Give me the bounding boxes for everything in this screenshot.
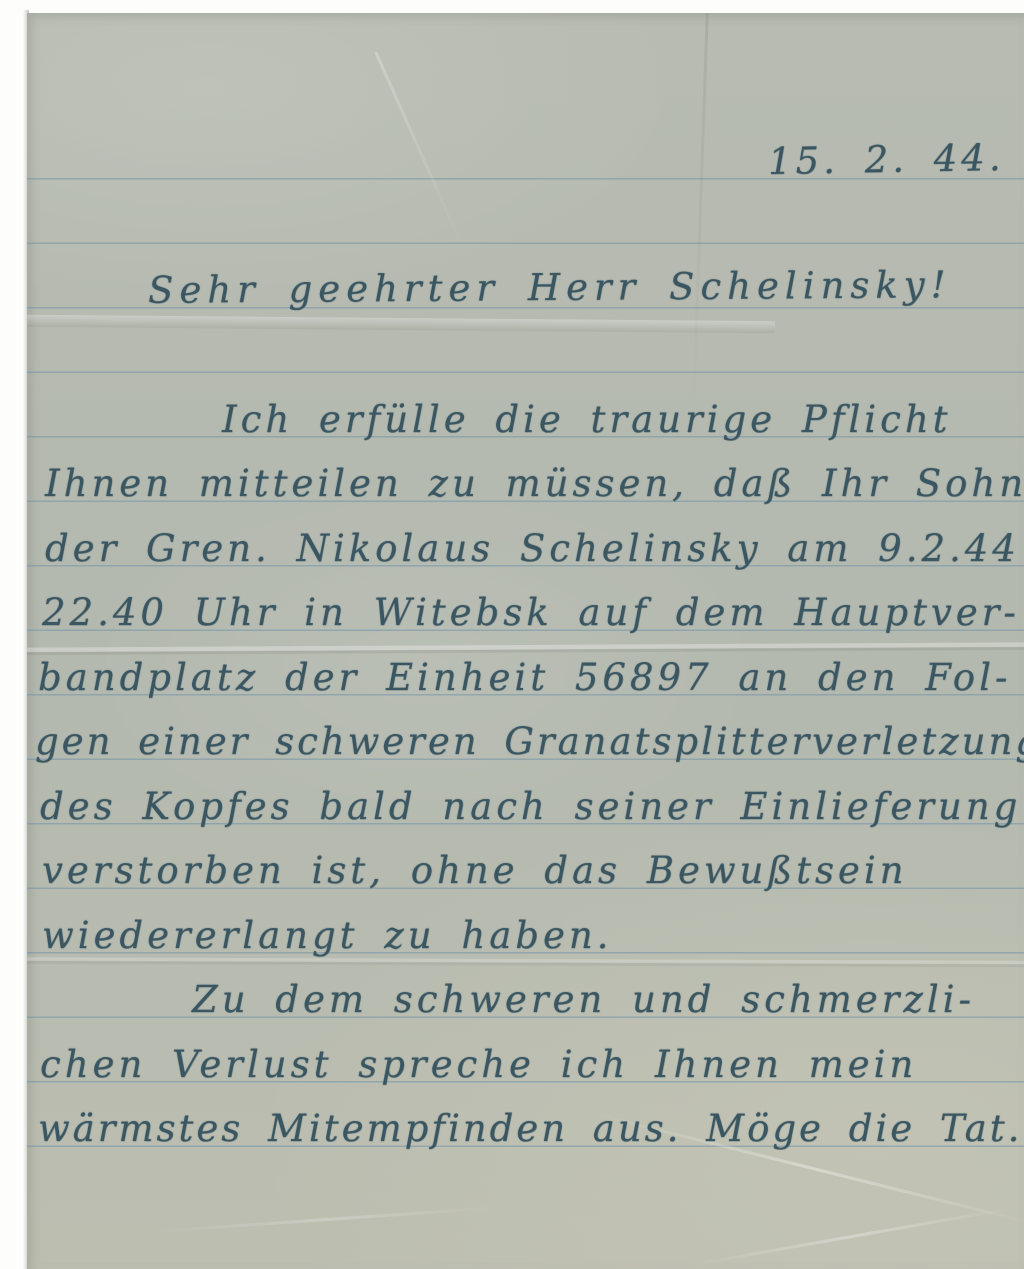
letter-line: 22.40 Uhr in Witebsk auf dem Hauptver- bbox=[42, 585, 1020, 641]
letter-paper-sheet: 15. 2. 44. Sehr geehrter Herr Schelinsky… bbox=[27, 13, 1024, 1269]
letter-line: wiedererlangt zu haben. bbox=[42, 908, 612, 964]
letter-line: bandplatz der Einheit 56897 an den Fol- bbox=[38, 650, 1011, 706]
letter-line: Zu dem schweren und schmerzli- bbox=[192, 972, 975, 1028]
crease-line bbox=[374, 51, 462, 244]
scanned-letter-page: 15. 2. 44. Sehr geehrter Herr Schelinsky… bbox=[0, 0, 1024, 1269]
letter-date: 15. 2. 44. bbox=[768, 130, 1005, 190]
letter-line: wärmstes Mitempfinden aus. Möge die Tat. bbox=[38, 1101, 1022, 1157]
letter-line: Ich erfülle die traurige Pflicht bbox=[222, 392, 952, 448]
letter-line: des Kopfes bald nach seiner Einlieferung bbox=[40, 779, 1021, 835]
letter-line: chen Verlust spreche ich Ihnen mein bbox=[40, 1037, 917, 1093]
letter-line: verstorben ist, ohne das Bewußtsein bbox=[42, 843, 908, 899]
crease-line bbox=[147, 1205, 506, 1233]
crease-line bbox=[692, 13, 709, 403]
letter-line: Ihnen mitteilen zu müssen, daß Ihr Sohn bbox=[45, 456, 1024, 512]
letter-salutation: Sehr geehrter Herr Schelinsky! bbox=[148, 257, 952, 319]
crease-line bbox=[689, 1206, 1015, 1266]
letter-line: der Gren. Nikolaus Schelinsky am 9.2.44 bbox=[45, 521, 1020, 577]
letter-line: gen einer schweren Granatsplitterverletz… bbox=[35, 714, 1024, 770]
crease-line bbox=[27, 315, 775, 334]
